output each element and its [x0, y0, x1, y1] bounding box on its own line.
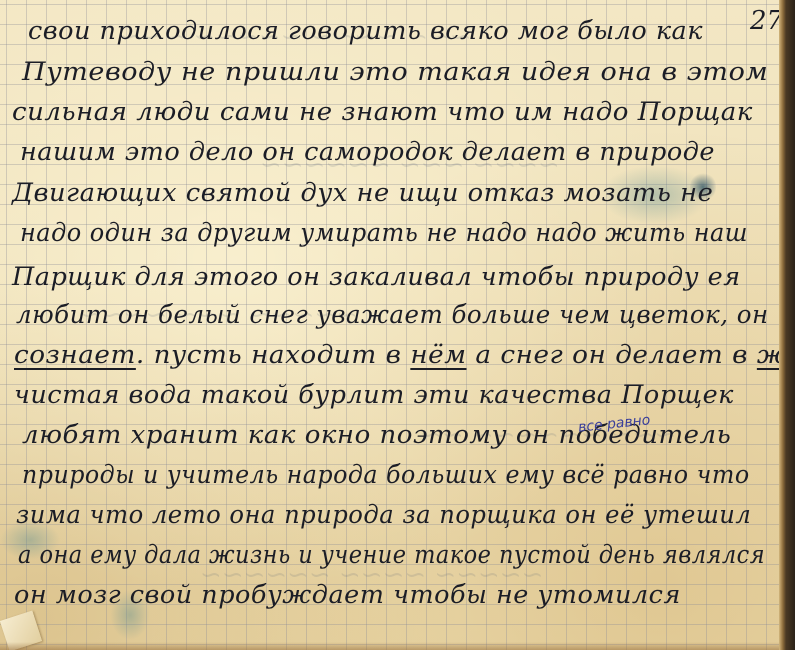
- text-line: сознает. пусть находит в нём а снег он д…: [14, 340, 795, 369]
- text-line: надо один за другим умирать не надо надо…: [20, 218, 748, 247]
- text-line: Двигающих святой дух не ищи отказ мозать…: [12, 178, 713, 207]
- text-line: сильная люди сами не знают что им надо П…: [12, 97, 753, 126]
- text-line: свои приходилося говорить всяко мог было…: [28, 16, 703, 45]
- text-line: нашим это дело он самородок делает в при…: [20, 137, 715, 166]
- page-right-edge: [779, 0, 795, 650]
- text-line: он мозг свой пробуждает чтобы не утомилс…: [14, 580, 681, 609]
- text-line: любит он белый снег уважает больше чем ц…: [16, 300, 769, 329]
- text-line: Парщик для этого он закаливал чтобы прир…: [12, 262, 741, 291]
- handwritten-text: свои приходилося говорить всяко мог было…: [0, 0, 779, 650]
- text-line: Путеводу не пришли это такая идея она в …: [22, 57, 768, 86]
- text-line: зима что лето она природа за порщика он …: [16, 500, 751, 529]
- text-line: а она ему дала жизнь и учение такое пуст…: [18, 540, 765, 569]
- text-line: чистая вода такой бурлит эти качества По…: [14, 380, 734, 409]
- notebook-page: ~~~ ~~~~ ~~~~~ ~~~ ~~~~ ~~~ ~~~~~~ ~~~~~…: [0, 0, 779, 650]
- text-span: . пусть находит в: [136, 340, 410, 369]
- underlined-word: нём: [410, 340, 466, 369]
- underlined-word: сознает: [14, 340, 136, 369]
- text-line: природы и учитель народа больших ему всё…: [22, 460, 750, 489]
- text-span: а снег он делает в: [467, 340, 757, 369]
- page-bottom-edge: [0, 642, 779, 650]
